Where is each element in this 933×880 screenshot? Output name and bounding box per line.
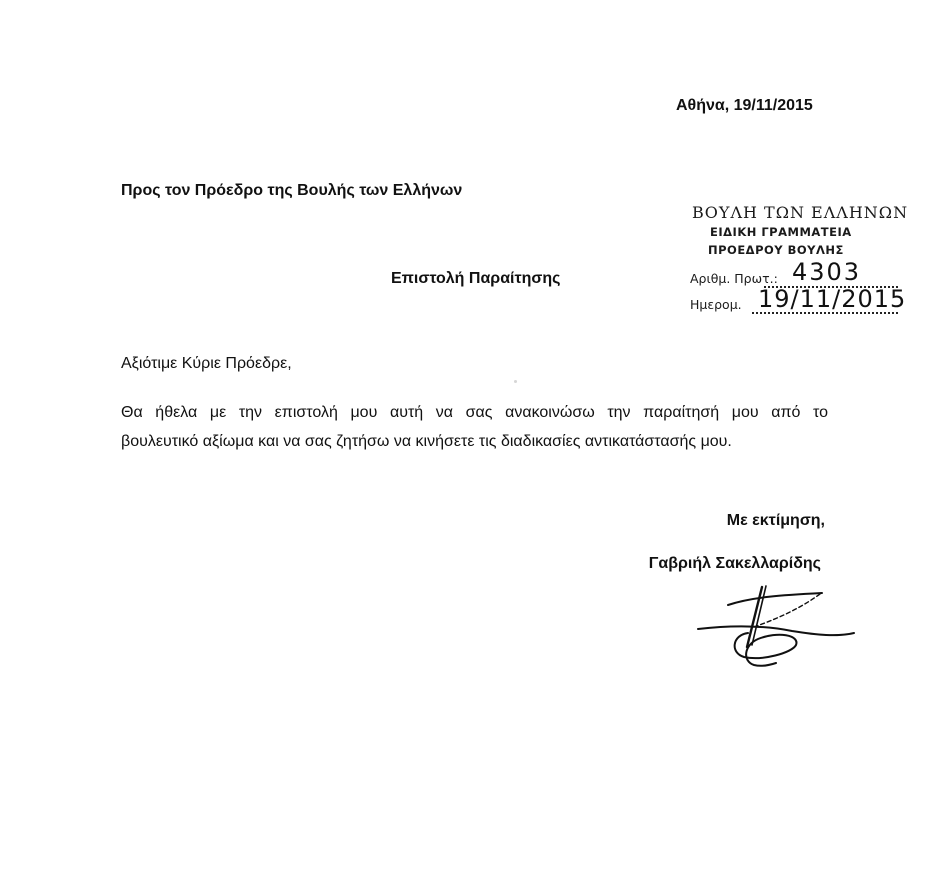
body-line-1: Θα ήθελα με την επιστολή μου αυτή να σας… (121, 398, 828, 427)
recipient-line: Προς τον Πρόεδρο της Βουλής των Ελλήνων (121, 182, 462, 200)
scan-speck (514, 380, 517, 383)
place-date: Αθήνα, 19/11/2015 (676, 97, 813, 115)
letter-subject: Επιστολή Παραίτησης (391, 270, 560, 288)
handwritten-signature-icon (692, 585, 862, 675)
stamp-protocol-number: 4303 (792, 258, 861, 286)
signer-name: Γαβριήλ Σακελλαρίδης (649, 555, 821, 573)
stamp-subtitle-secretariat: ΕΙΔΙΚΗ ΓΡΑΜΜΑΤΕΙΑ (710, 225, 852, 239)
stamp-title: ΒΟΥΛΗ ΤΩΝ ΕΛΛΗΝΩΝ (692, 203, 908, 222)
stamp-date-label: Ημερομ. (690, 297, 742, 312)
stamp-protocol-label: Αριθμ. Πρωτ.: (690, 271, 778, 286)
stamp-date-value: 19/11/2015 (758, 285, 906, 313)
stamp-subtitle-office: ΠΡΟΕΔΡΟΥ ΒΟΥΛΗΣ (708, 243, 844, 257)
salutation: Αξιότιμε Κύριε Πρόεδρε, (121, 355, 292, 373)
body-line-2: βουλευτικό αξίωμα και να σας ζητήσω να κ… (121, 427, 828, 456)
closing: Με εκτίμηση, (727, 512, 825, 530)
letter-page: Αθήνα, 19/11/2015 Προς τον Πρόεδρο της Β… (0, 0, 933, 880)
letter-body: Θα ήθελα με την επιστολή μου αυτή να σας… (121, 398, 828, 456)
